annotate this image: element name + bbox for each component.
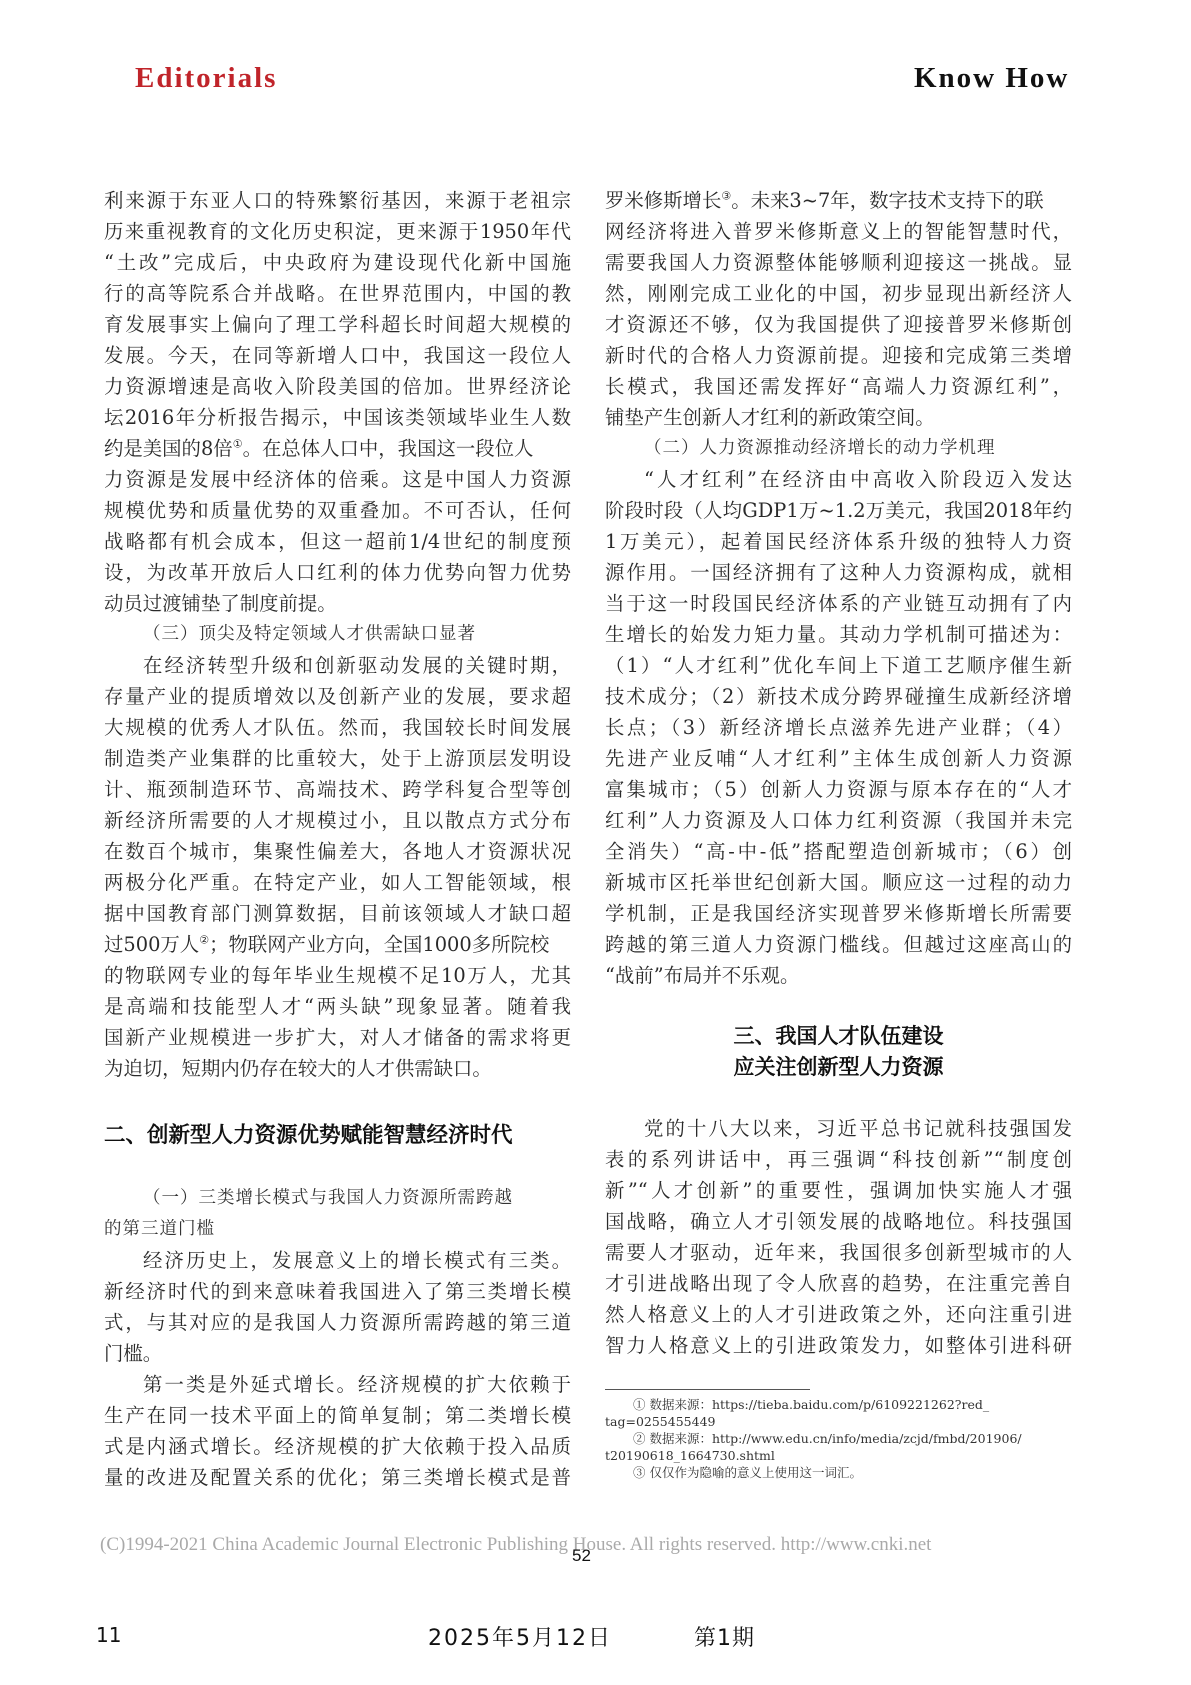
text-line: 红利”人力资源及人口体力红利资源（我国并未完: [605, 805, 1072, 836]
right-column: 罗米修斯增长③。未来3~7年，数字技术支持下的联 网经济将进入普罗米修斯意义上的…: [605, 185, 1072, 1481]
footnote-1[interactable]: ① 数据来源：https://tieba.baidu.com/p/6109221…: [605, 1396, 1072, 1413]
text-line: 全消失）“高-中-低”搭配塑造创新城市；（6）创: [605, 836, 1072, 867]
text-line: 1万美元），起着国民经济体系升级的独特人力资: [605, 526, 1072, 557]
text-line: 的物联网专业的每年毕业生规模不足10万人，尤其: [104, 960, 571, 991]
text-line: 生增长的始发力矩力量。其动力学机制可描述为：: [605, 619, 1072, 650]
text-line: 过500万人②；物联网产业方向，全国1000多所院校: [104, 929, 571, 960]
text-line: 新”“人才创新”的重要性，强调加快实施人才强: [605, 1175, 1072, 1206]
text-line: “土改”完成后，中央政府为建设现代化新中国施: [104, 247, 571, 278]
text-line: 才引进战略出现了令人欣喜的趋势，在注重完善自: [605, 1268, 1072, 1299]
text-line: 育发展事实上偏向了理工学科超长时间超大规模的: [104, 309, 571, 340]
text-line: 第一类是外延式增长。经济规模的扩大依赖于: [104, 1369, 571, 1400]
footnotes: ① 数据来源：https://tieba.baidu.com/p/6109221…: [605, 1396, 1072, 1481]
subheading-1-line2: 的第三道门槛: [104, 1214, 571, 1245]
text-line: 国新产业规模进一步扩大，对人才储备的需求将更: [104, 1022, 571, 1053]
text-line: 力资源是发展中经济体的倍乘。这是中国人力资源: [104, 464, 571, 495]
text-line: 智力人格意义上的引进政策发力，如整体引进科研: [605, 1330, 1072, 1361]
text-line: 铺垫产生创新人才红利的新政策空间。: [605, 402, 1072, 433]
text-line: 力资源增速是高收入阶段美国的倍加。世界经济论: [104, 371, 571, 402]
paragraph-2: 在经济转型升级和创新驱动发展的关键时期， 存量产业的提质增效以及创新产业的发展，…: [104, 650, 571, 1084]
text-line: 规模优势和质量优势的双重叠加。不可否认，任何: [104, 495, 571, 526]
text-line: 源作用。一国经济拥有了这种人力资源构成，就相: [605, 557, 1072, 588]
text-line: 新时代的合格人力资源前提。迎接和完成第三类增: [605, 340, 1072, 371]
text-line: 当于这一时段国民经济体系的产业链互动拥有了内: [605, 588, 1072, 619]
text-segment: 。: [243, 437, 262, 460]
paragraph-4: 第一类是外延式增长。经济规模的扩大依赖于 生产在同一技术平面上的简单复制；第二类…: [104, 1369, 571, 1493]
text-line: “战前”布局并不乐观。: [605, 960, 1072, 991]
section-3-heading-line2: 应关注创新型人力资源: [605, 1052, 1072, 1083]
text-line: 在经济转型升级和创新驱动发展的关键时期，: [104, 650, 571, 681]
page-number: 52: [572, 1546, 591, 1566]
text-line: 网经济将进入普罗米修斯意义上的智能智慧时代，: [605, 216, 1072, 247]
text-line: “人才红利”在经济由中高收入阶段迈入发达: [605, 464, 1072, 495]
text-segment: 过500万人: [104, 933, 199, 956]
footnote-3: ③ 仅仅作为隐喻的意义上使用这一词汇。: [605, 1464, 1072, 1481]
text-line: 约是美国的8倍①。在总体人口中，我国这一段位人: [104, 433, 571, 464]
text-segment: 约是美国的8倍: [104, 437, 233, 460]
text-line: 生产在同一技术平面上的简单复制；第二类增长模: [104, 1400, 571, 1431]
subheading-2: （二）人力资源推动经济增长的动力学机理: [605, 433, 1072, 464]
text-line: 才资源还不够，仅为我国提供了迎接普罗米修斯创: [605, 309, 1072, 340]
footnote-ref-3[interactable]: ③: [721, 190, 731, 203]
text-segment: 罗米修斯增长: [605, 189, 721, 212]
text-line: 学机制，正是我国经济实现普罗米修斯增长所需要: [605, 898, 1072, 929]
issue-date: 2025年5月12日: [428, 1621, 612, 1652]
text-line: 新经济所需要的人才规模过小，且以散点方式分布: [104, 805, 571, 836]
text-segment: ；物联网产业方向，全国1000多所院校: [209, 933, 549, 956]
text-line: 长点；（3）新经济增长点滋养先进产业群；（4）: [605, 712, 1072, 743]
subheading-1-line1: （一）三类增长模式与我国人力资源所需跨越: [104, 1183, 571, 1214]
section-label-editorials: Editorials: [135, 62, 277, 95]
text-line: 行的高等院系合并战略。在世界范围内，中国的教: [104, 278, 571, 309]
text-line: 党的十八大以来，习近平总书记就科技强国发: [605, 1113, 1072, 1144]
text-line: （1）“人才红利”优化车间上下道工艺顺序催生新: [605, 650, 1072, 681]
section-3-heading-line1: 三、我国人才队伍建设: [605, 1021, 1072, 1052]
text-line: 新城市区托举世纪创新大国。顺应这一过程的动力: [605, 867, 1072, 898]
issue-number: 第1期: [694, 1621, 755, 1652]
text-line: 然人格意义上的人才引进政策之外，还向注重引进: [605, 1299, 1072, 1330]
text-line: 经济历史上，发展意义上的增长模式有三类。: [104, 1245, 571, 1276]
text-line: 需要人才驱动，近年来，我国很多创新型城市的人: [605, 1237, 1072, 1268]
text-line: 两极分化严重。在特定产业，如人工智能领域，根: [104, 867, 571, 898]
text-line: 大规模的优秀人才队伍。然而，我国较长时间发展: [104, 712, 571, 743]
text-segment: 。未来3~7年，数字技术支持下的联: [731, 189, 1043, 212]
text-line: 跨越的第三道人力资源门槛线。但越过这座高山的: [605, 929, 1072, 960]
text-line: 式，与其对应的是我国人力资源所需跨越的第三道: [104, 1307, 571, 1338]
text-line: 量的改进及配置关系的优化；第三类增长模式是普: [104, 1462, 571, 1493]
text-line: 设，为改革开放后人口红利的体力优势向智力优势: [104, 557, 571, 588]
text-line: 在数百个城市，集聚性偏差大，各地人才资源状况: [104, 836, 571, 867]
text-line: 利来源于东亚人口的特殊繁衍基因，来源于老祖宗: [104, 185, 571, 216]
text-line: 坛2016年分析报告揭示，中国该类领域毕业生人数: [104, 402, 571, 433]
footnote-ref-2[interactable]: ②: [199, 934, 209, 947]
footnote-divider: [605, 1389, 810, 1390]
text-line: 新经济时代的到来意味着我国进入了第三类增长模: [104, 1276, 571, 1307]
paragraph-r3: 党的十八大以来，习近平总书记就科技强国发 表的系列讲话中，再三强调“科技创新”“…: [605, 1113, 1072, 1361]
text-line: 门槛。: [104, 1338, 571, 1369]
text-line: 先进产业反哺“人才红利”主体生成创新人力资源: [605, 743, 1072, 774]
paragraph-3: 经济历史上，发展意义上的增长模式有三类。 新经济时代的到来意味着我国进入了第三类…: [104, 1245, 571, 1369]
paragraph-1: 利来源于东亚人口的特殊繁衍基因，来源于老祖宗 历来重视教育的文化历史积淀，更来源…: [104, 185, 571, 619]
text-line: 然，刚刚完成工业化的中国，初步显现出新经济人: [605, 278, 1072, 309]
text-line: 长模式，我国还需发挥好“高端人力资源红利”，: [605, 371, 1072, 402]
text-line: 战略都有机会成本，但这一超前1/4世纪的制度预: [104, 526, 571, 557]
footnote-ref-1[interactable]: ①: [233, 438, 243, 451]
text-line: 技术成分；（2）新技术成分跨界碰撞生成新经济增: [605, 681, 1072, 712]
text-segment: 在总体人口中，我国这一段位人: [262, 437, 533, 460]
section-2-heading: 二、创新型人力资源优势赋能智慧经济时代: [104, 1118, 571, 1149]
text-line: 罗米修斯增长③。未来3~7年，数字技术支持下的联: [605, 185, 1072, 216]
text-line: 存量产业的提质增效以及创新产业的发展，要求超: [104, 681, 571, 712]
text-line: 为迫切，短期内仍存在较大的人才供需缺口。: [104, 1053, 571, 1084]
left-column: 利来源于东亚人口的特殊繁衍基因，来源于老祖宗 历来重视教育的文化历史积淀，更来源…: [104, 185, 571, 1493]
footnote-2[interactable]: ② 数据来源：http://www.edu.cn/info/media/zcjd…: [605, 1430, 1072, 1447]
text-line: 国战略，确立人才引领发展的战略地位。科技强国: [605, 1206, 1072, 1237]
bottom-left-number: 11: [96, 1623, 121, 1647]
footnote-1-cont[interactable]: tag=0255455449: [605, 1413, 1072, 1430]
text-line: 式是内涵式增长。经济规模的扩大依赖于投入品质: [104, 1431, 571, 1462]
section-label-know-how: Know How: [914, 62, 1069, 95]
text-line: 发展。今天，在同等新增人口中，我国这一段位人: [104, 340, 571, 371]
copyright-notice: (C)1994-2021 China Academic Journal Elec…: [100, 1534, 931, 1556]
text-line: 是高端和技能型人才“两头缺”现象显著。随着我: [104, 991, 571, 1022]
text-line: 制造类产业集群的比重较大，处于上游顶层发明设: [104, 743, 571, 774]
footnote-2-cont[interactable]: t20190618_1664730.shtml: [605, 1447, 1072, 1464]
text-line: 需要我国人力资源整体能够顺利迎接这一挑战。显: [605, 247, 1072, 278]
text-line: 据中国教育部门测算数据，目前该领域人才缺口超: [104, 898, 571, 929]
text-line: 动员过渡铺垫了制度前提。: [104, 588, 571, 619]
text-line: 阶段时段（人均GDP1万~1.2万美元，我国2018年约: [605, 495, 1072, 526]
subheading-3: （三）顶尖及特定领域人才供需缺口显著: [104, 619, 571, 650]
text-line: 历来重视教育的文化历史积淀，更来源于1950年代: [104, 216, 571, 247]
text-line: 富集城市；（5）创新人力资源与原本存在的“人才: [605, 774, 1072, 805]
paragraph-r2: “人才红利”在经济由中高收入阶段迈入发达 阶段时段（人均GDP1万~1.2万美元…: [605, 464, 1072, 991]
text-line: 表的系列讲话中，再三强调“科技创新”“制度创: [605, 1144, 1072, 1175]
text-line: 计、瓶颈制造环节、高端技术、跨学科复合型等创: [104, 774, 571, 805]
paragraph-r1: 罗米修斯增长③。未来3~7年，数字技术支持下的联 网经济将进入普罗米修斯意义上的…: [605, 185, 1072, 433]
